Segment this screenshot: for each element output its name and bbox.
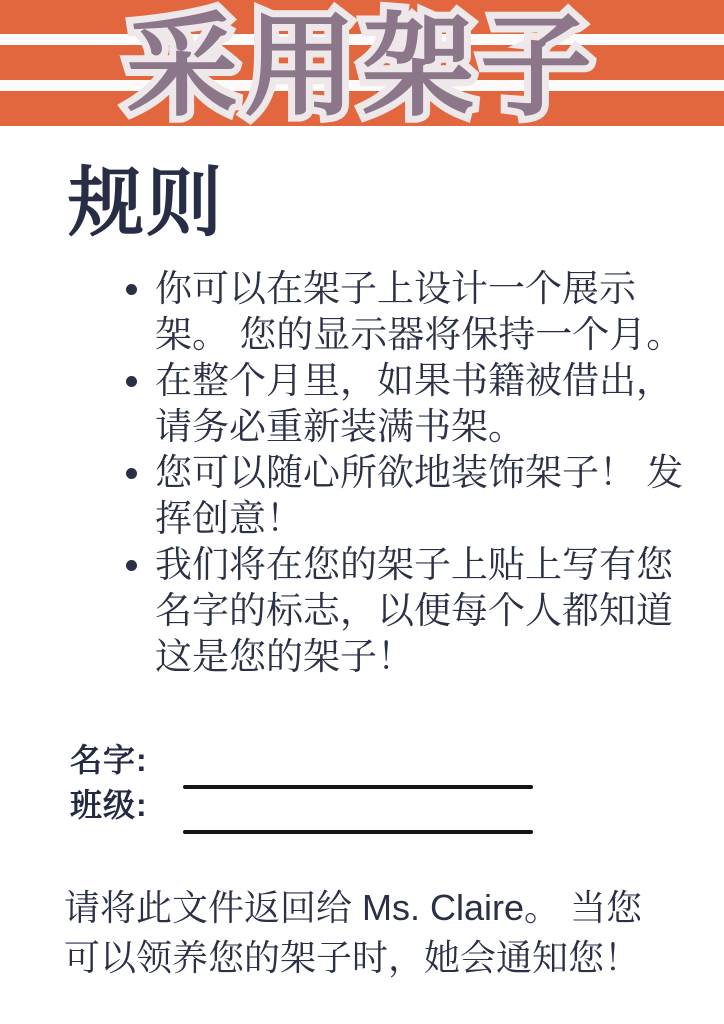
banner-title-area: 采用架子 采用架子: [0, 0, 724, 126]
class-field-row: 班级:: [70, 790, 696, 835]
rule-item: 在整个月里，如果书籍被借出，请务必重新装满书架。: [155, 358, 692, 450]
rule-item: 你可以在架子上设计一个展示架。 您的显示器将保持一个月。: [155, 266, 692, 358]
footer-note: 请将此文件返回给 Ms. Claire。 当您可以领养您的架子时，她会通知您！: [64, 883, 652, 983]
class-write-line: [183, 830, 533, 834]
rules-heading: 规则: [68, 160, 696, 248]
page-title: 采用架子 采用架子: [126, 11, 598, 123]
flyer-page: 采用架子 采用架子 规则 你可以在架子上设计一个展示架。 您的显示器将保持一个月…: [0, 0, 724, 1024]
rules-list: 你可以在架子上设计一个展示架。 您的显示器将保持一个月。在整个月里，如果书籍被借…: [64, 266, 692, 680]
flyer-body: 规则 你可以在架子上设计一个展示架。 您的显示器将保持一个月。在整个月里，如果书…: [0, 160, 724, 983]
banner: 采用架子 采用架子: [0, 0, 724, 126]
rule-item: 您可以随心所欲地装饰架子！ 发挥创意！: [155, 450, 692, 542]
class-label: 班级:: [70, 780, 183, 826]
write-in-fields: 名字: 班级:: [70, 740, 696, 835]
name-write-line: [183, 785, 533, 789]
rule-item: 我们将在您的架子上贴上写有您名字的标志，以便每个人都知道这是您的架子！: [155, 542, 692, 680]
page-title-text: 采用架子: [126, 4, 598, 129]
name-label: 名字:: [70, 735, 183, 781]
